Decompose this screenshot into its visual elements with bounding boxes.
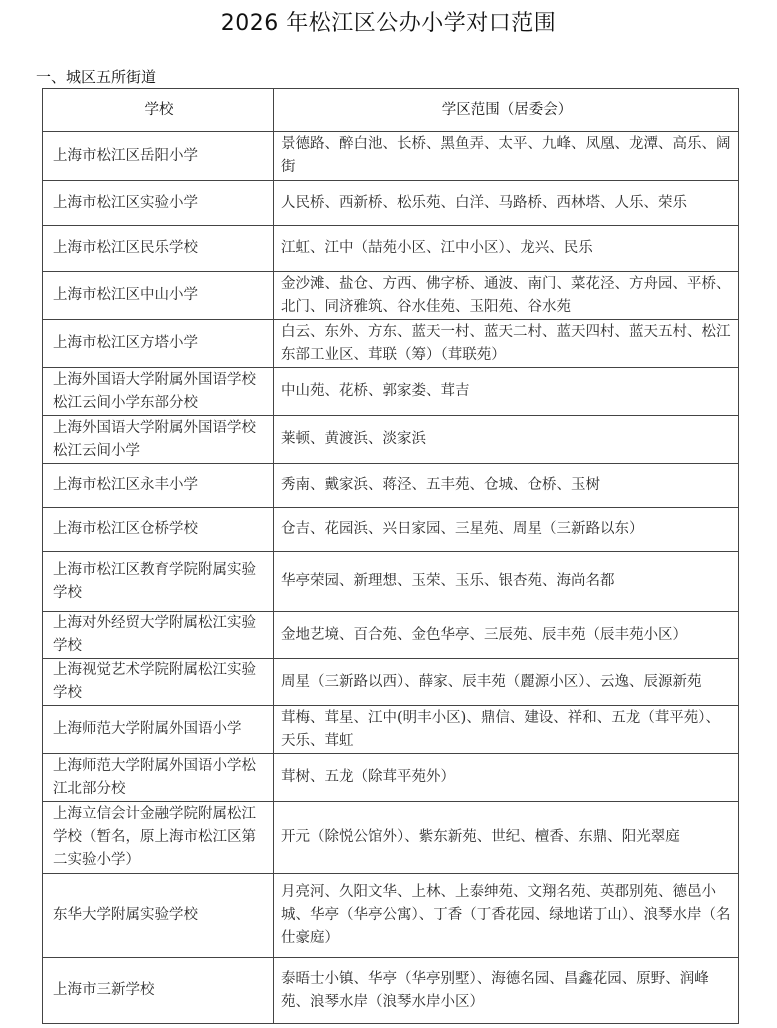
table-row: 上海立信会计金融学院附属松江学校（暂名，原上海市松江区第二实验小学）开元（除悦公… (43, 802, 739, 874)
district-scope-cell: 金地艺境、百合苑、金色华亭、三辰苑、辰丰苑（辰丰苑小区） (274, 612, 739, 659)
table-row: 上海市松江区教育学院附属实验学校华亭荣园、新理想、玉荣、玉乐、银杏苑、海尚名都 (43, 552, 739, 612)
document-title: 2026 年松江区公办小学对口范围 (0, 6, 777, 37)
district-scope-cell: 江虹、江中（喆苑小区、江中小区）、龙兴、民乐 (274, 226, 739, 272)
school-name-cell: 东华大学附属实验学校 (43, 874, 274, 958)
table-row: 上海市松江区方塔小学白云、东外、方东、蓝天一村、蓝天二村、蓝天四村、蓝天五村、松… (43, 320, 739, 368)
school-district-table: 学校 学区范围（居委会） 上海市松江区岳阳小学景德路、醉白池、长桥、黑鱼弄、太平… (42, 88, 739, 1024)
district-scope-cell: 莱顿、黄渡浜、淡家浜 (274, 416, 739, 464)
table-body: 上海市松江区岳阳小学景德路、醉白池、长桥、黑鱼弄、太平、九峰、凤凰、龙潭、高乐、… (43, 132, 739, 1024)
school-name-cell: 上海市三新学校 (43, 958, 274, 1024)
district-scope-cell: 景德路、醉白池、长桥、黑鱼弄、太平、九峰、凤凰、龙潭、高乐、阔街 (274, 132, 739, 181)
district-scope-cell: 秀南、戴家浜、蒋泾、五丰苑、仓城、仓桥、玉树 (274, 464, 739, 508)
table-row: 上海外国语大学附属外国语学校松江云间小学东部分校中山苑、花桥、郭家娄、茸吉 (43, 368, 739, 416)
district-scope-cell: 人民桥、西新桥、松乐苑、白洋、马路桥、西林塔、人乐、荣乐 (274, 181, 739, 226)
table-row: 上海市松江区永丰小学秀南、戴家浜、蒋泾、五丰苑、仓城、仓桥、玉树 (43, 464, 739, 508)
district-scope-cell: 茸梅、茸星、江中(明丰小区)、鼎信、建设、祥和、五龙（茸平苑）、天乐、茸虹 (274, 706, 739, 754)
school-name-cell: 上海市松江区民乐学校 (43, 226, 274, 272)
school-name-cell: 上海视觉艺术学院附属松江实验学校 (43, 659, 274, 706)
table-row: 上海市松江区仓桥学校仓吉、花园浜、兴日家园、三星苑、周星（三新路以东） (43, 508, 739, 552)
school-name-cell: 上海市松江区教育学院附属实验学校 (43, 552, 274, 612)
district-scope-cell: 华亭荣园、新理想、玉荣、玉乐、银杏苑、海尚名都 (274, 552, 739, 612)
section-heading: 一、城区五所街道 (36, 66, 156, 87)
school-name-cell: 上海师范大学附属外国语小学松江北部分校 (43, 754, 274, 802)
school-name-cell: 上海市松江区中山小学 (43, 272, 274, 320)
district-scope-cell: 月亮河、久阳文华、上林、上泰绅苑、文翔名苑、英郡别苑、德邑小城、华亭（华亭公寓）… (274, 874, 739, 958)
school-name-cell: 上海立信会计金融学院附属松江学校（暂名，原上海市松江区第二实验小学） (43, 802, 274, 874)
district-scope-cell: 仓吉、花园浜、兴日家园、三星苑、周星（三新路以东） (274, 508, 739, 552)
district-scope-cell: 泰晤士小镇、华亭（华亭别墅）、海德名园、昌鑫花园、原野、润峰苑、浪琴水岸（浪琴水… (274, 958, 739, 1024)
district-scope-cell: 金沙滩、盐仓、方西、佛字桥、通波、南门、菜花泾、方舟园、平桥、北门、同济雅筑、谷… (274, 272, 739, 320)
school-name-cell: 上海市松江区岳阳小学 (43, 132, 274, 181)
district-scope-cell: 开元（除悦公馆外）、紫东新苑、世纪、檀香、东鼎、阳光翠庭 (274, 802, 739, 874)
table-row: 上海市三新学校泰晤士小镇、华亭（华亭别墅）、海德名园、昌鑫花园、原野、润峰苑、浪… (43, 958, 739, 1024)
header-school: 学校 (43, 89, 274, 132)
school-name-cell: 上海市松江区永丰小学 (43, 464, 274, 508)
table-row: 上海市松江区中山小学金沙滩、盐仓、方西、佛字桥、通波、南门、菜花泾、方舟园、平桥… (43, 272, 739, 320)
school-name-cell: 上海外国语大学附属外国语学校松江云间小学东部分校 (43, 368, 274, 416)
school-name-cell: 上海师范大学附属外国语小学 (43, 706, 274, 754)
table-row: 上海师范大学附属外国语小学茸梅、茸星、江中(明丰小区)、鼎信、建设、祥和、五龙（… (43, 706, 739, 754)
district-scope-cell: 茸树、五龙（除茸平苑外） (274, 754, 739, 802)
table-row: 上海外国语大学附属外国语学校松江云间小学莱顿、黄渡浜、淡家浜 (43, 416, 739, 464)
table-row: 上海市松江区岳阳小学景德路、醉白池、长桥、黑鱼弄、太平、九峰、凤凰、龙潭、高乐、… (43, 132, 739, 181)
table-row: 上海师范大学附属外国语小学松江北部分校茸树、五龙（除茸平苑外） (43, 754, 739, 802)
school-name-cell: 上海对外经贸大学附属松江实验学校 (43, 612, 274, 659)
school-name-cell: 上海外国语大学附属外国语学校松江云间小学 (43, 416, 274, 464)
header-scope: 学区范围（居委会） (274, 89, 739, 132)
school-name-cell: 上海市松江区实验小学 (43, 181, 274, 226)
table-header-row: 学校 学区范围（居委会） (43, 89, 739, 132)
school-name-cell: 上海市松江区方塔小学 (43, 320, 274, 368)
district-scope-cell: 中山苑、花桥、郭家娄、茸吉 (274, 368, 739, 416)
table-row: 上海市松江区实验小学人民桥、西新桥、松乐苑、白洋、马路桥、西林塔、人乐、荣乐 (43, 181, 739, 226)
school-name-cell: 上海市松江区仓桥学校 (43, 508, 274, 552)
table-row: 上海视觉艺术学院附属松江实验学校周星（三新路以西）、薛家、辰丰苑（麗源小区）、云… (43, 659, 739, 706)
table-row: 东华大学附属实验学校月亮河、久阳文华、上林、上泰绅苑、文翔名苑、英郡别苑、德邑小… (43, 874, 739, 958)
district-scope-cell: 周星（三新路以西）、薛家、辰丰苑（麗源小区）、云逸、辰源新苑 (274, 659, 739, 706)
table-row: 上海对外经贸大学附属松江实验学校金地艺境、百合苑、金色华亭、三辰苑、辰丰苑（辰丰… (43, 612, 739, 659)
table-row: 上海市松江区民乐学校江虹、江中（喆苑小区、江中小区）、龙兴、民乐 (43, 226, 739, 272)
district-scope-cell: 白云、东外、方东、蓝天一村、蓝天二村、蓝天四村、蓝天五村、松江东部工业区、茸联（… (274, 320, 739, 368)
